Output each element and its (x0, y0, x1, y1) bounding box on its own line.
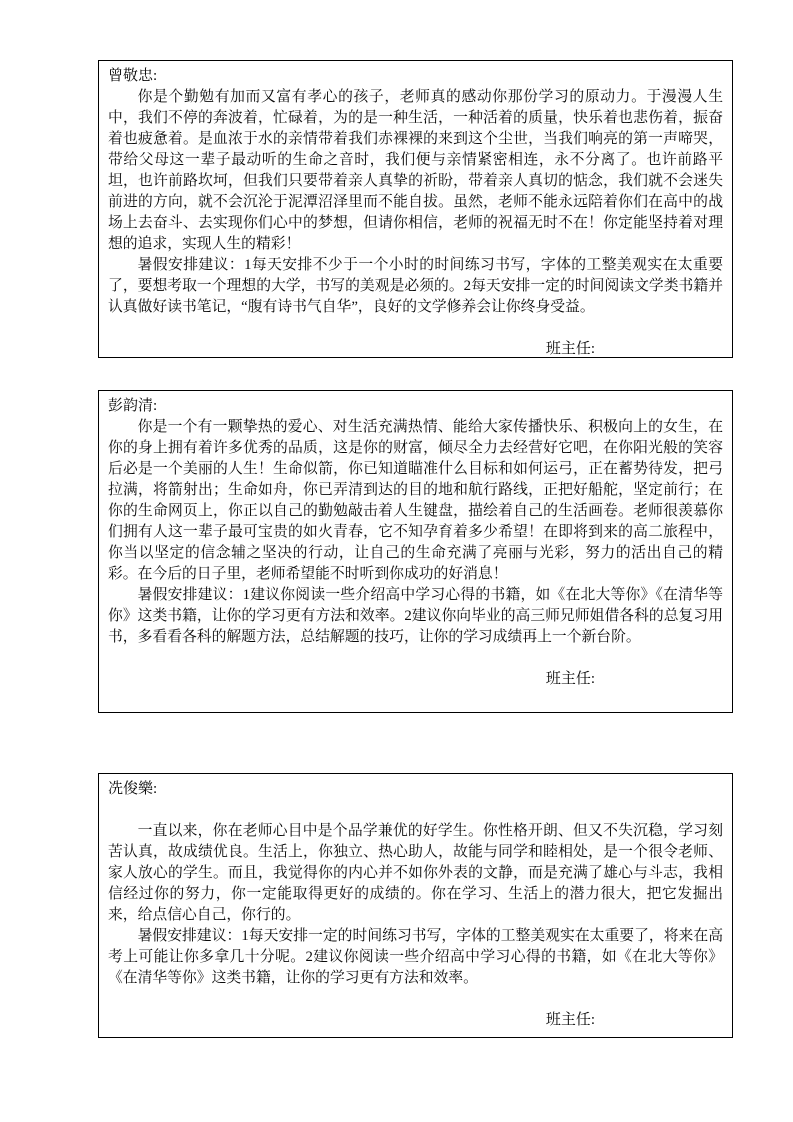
teacher-signature-label: 班主任: (108, 1010, 723, 1031)
student-name: 冼俊樂: (108, 779, 723, 800)
comment-paragraph: 你是一个有一颗挚热的爱心、对生活充满热情、能给大家传播快乐、积极向上的女生，在你… (108, 417, 723, 585)
student-name: 曾敬忠: (108, 66, 723, 87)
comment-paragraph: 你是个勤勉有加而又富有孝心的孩子，老师真的感动你那份学习的原动力。于漫漫人生中，… (108, 87, 723, 255)
comment-card-2: 彭韵清: 你是一个有一颗挚热的爱心、对生活充满热情、能给大家传播快乐、积极向上的… (98, 390, 733, 713)
comment-card-1: 曾敬忠: 你是个勤勉有加而又富有孝心的孩子，老师真的感动你那份学习的原动力。于漫… (98, 60, 733, 358)
student-name: 彭韵清: (108, 396, 723, 417)
suggestion-paragraph: 暑假安排建议：1每天安排一定的时间练习书写，字体的工整美观实在太重要了，将来在高… (108, 926, 723, 989)
teacher-signature-label: 班主任: (108, 339, 723, 360)
suggestion-paragraph: 暑假安排建议：1每天安排不少于一个小时的时间练习书写，字体的工整美观实在太重要了… (108, 255, 723, 318)
comment-card-3: 冼俊樂: 一直以来，你在老师心目中是个品学兼优的好学生。你性格开朗、但又不失沉稳… (98, 773, 733, 1038)
teacher-signature-label: 班主任: (108, 669, 723, 690)
comment-paragraph: 一直以来，你在老师心目中是个品学兼优的好学生。你性格开朗、但又不失沉稳，学习刻苦… (108, 821, 723, 926)
suggestion-paragraph: 暑假安排建议：1建议你阅读一些介绍高中学习心得的书籍，如《在北大等你》《在清华等… (108, 585, 723, 648)
